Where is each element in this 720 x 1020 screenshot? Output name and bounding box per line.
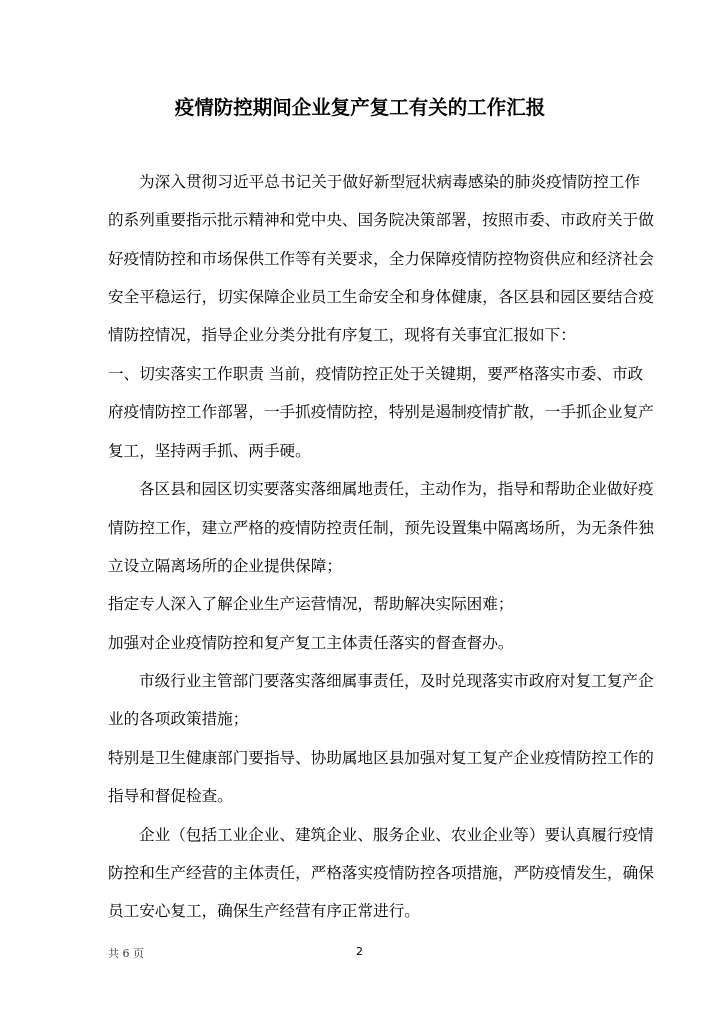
paragraph-line: 业的各项政策措施； (108, 709, 640, 729)
paragraph-line: 立设立隔离场所的企业提供保障； (108, 556, 640, 576)
paragraph-line: 情防控工作，建立严格的疫情防控责任制，预先设置集中隔离场所，为无条件独 (108, 518, 640, 538)
paragraph-line: 情防控情况，指导企业分类分批有序复工，现将有关事宜汇报如下： (108, 325, 640, 345)
footer-page-number: 2 (356, 945, 363, 958)
paragraph-line: 府疫情防控工作部署，一手抓疫情防控，特别是遏制疫情扩散，一手抓企业复产 (108, 402, 640, 422)
paragraph-line: 加强对企业疫情防控和复产复工主体责任落实的督查督办。 (108, 633, 640, 653)
paragraph-line: 复工，坚持两手抓、两手硬。 (108, 441, 640, 461)
paragraph-line: 为深入贯彻习近平总书记关于做好新型冠状病毒感染的肺炎疫情防控工作 (108, 172, 640, 192)
paragraph-line: 指定专人深入了解企业生产运营情况，帮助解决实际困难； (108, 594, 640, 614)
paragraph-line: 特别是卫生健康部门要指导、协助属地区县加强对复工复产企业疫情防控工作的 (108, 748, 640, 768)
paragraph-line: 好疫情防控和市场保供工作等有关要求，全力保障疫情防控物资供应和经济社会 (108, 249, 640, 269)
paragraph-line: 安全平稳运行，切实保障企业员工生命安全和身体健康，各区县和园区要结合疫 (108, 287, 640, 307)
paragraph-line: 员工安心复工，确保生产经营有序正常进行。 (108, 901, 640, 921)
footer-total-pages: 共 6 页 (108, 945, 144, 961)
paragraph-line: 的系列重要指示批示精神和党中央、国务院决策部署，按照市委、市政府关于做 (108, 210, 640, 230)
paragraph-line: 防控和生产经营的主体责任，严格落实疫情防控各项措施，严防疫情发生，确保 (108, 863, 640, 883)
paragraph-line: 市级行业主管部门要落实落细属事责任，及时兑现落实市政府对复工复产企 (108, 671, 640, 691)
document-page: 疫情防控期间企业复产复工有关的工作汇报 为深入贯彻习近平总书记关于做好新型冠状病… (0, 0, 720, 1020)
paragraph-line: 企业（包括工业企业、建筑企业、服务企业、农业企业等）要认真履行疫情 (108, 825, 640, 845)
document-title: 疫情防控期间企业复产复工有关的工作汇报 (0, 92, 720, 120)
paragraph-line: 指导和督促检查。 (108, 786, 640, 806)
paragraph-line: 一、切实落实工作职责 当前，疫情防控正处于关键期，要严格落实市委、市政 (108, 364, 640, 384)
paragraph-line: 各区县和园区切实要落实落细属地责任，主动作为，指导和帮助企业做好疫 (108, 479, 640, 499)
